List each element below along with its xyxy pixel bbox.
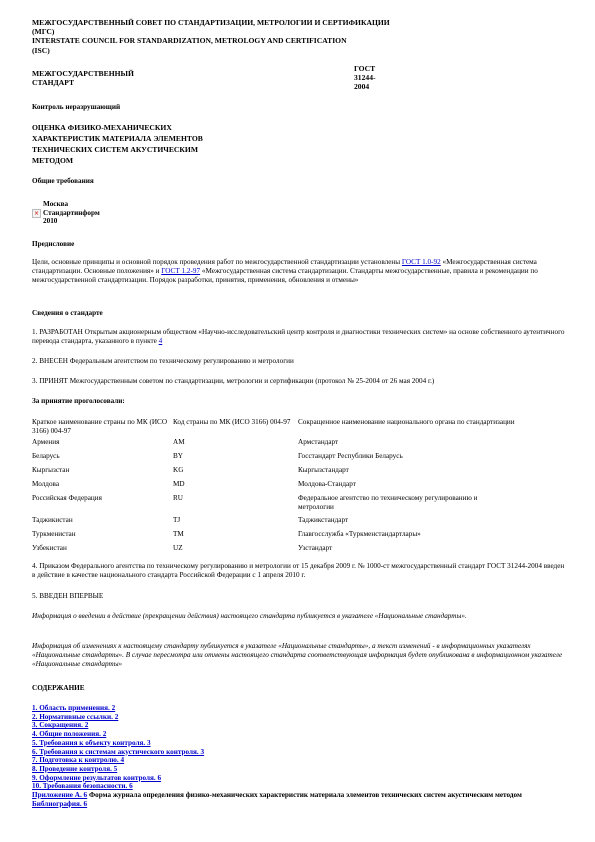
about-item-1-text: 1. РАЗРАБОТАН Открытым акционерным общес… (32, 328, 564, 345)
about-item-3: 3. ПРИНЯТ Межгосударственным советом по … (32, 377, 567, 386)
toc-item-safety[interactable]: 10. Требования безопасности. 6 (32, 782, 572, 791)
code-cell: KG (173, 466, 298, 480)
standard-label-line-1: МЕЖГОСУДАРСТВЕННЫЙ (32, 69, 134, 78)
title-line: МЕТОДОМ (32, 155, 292, 166)
toc-item-general-provisions[interactable]: 4. Общие положения. 2 (32, 730, 572, 739)
gost-label: ГОСТ (354, 64, 376, 73)
standard-label: МЕЖГОСУДАРСТВЕННЫЙ СТАНДАРТ (32, 69, 134, 87)
gost-year: 2004 (354, 82, 376, 91)
body-cell: Главгосслужба «Туркменстандартлары» (298, 530, 532, 544)
code-cell: BY (173, 452, 298, 466)
country-cell: Армения (32, 438, 173, 452)
column-header: Сокращенное наименование национального о… (298, 418, 532, 438)
standard-label-line-2: СТАНДАРТ (32, 78, 134, 87)
table-row: Таджикистан TJ Таджикстандарт (32, 516, 532, 530)
country-cell: Молдова (32, 480, 173, 494)
vote-table: Краткое наименование страны по МК (ИСО 3… (32, 418, 532, 558)
clause-4-link[interactable]: 4 (159, 337, 163, 345)
info-note-1: Информация о введении в действие (прекра… (32, 612, 567, 621)
category-label: Контроль неразрушающий (32, 103, 120, 112)
council-en: INTERSTATE COUNCIL FOR STANDARDIZATION, … (32, 36, 572, 45)
preface-heading: Предисловие (32, 240, 74, 249)
table-row: Кыргызстан KG Кыргызстандарт (32, 466, 532, 480)
title-line: ХАРАКТЕРИСТИК МАТЕРИАЛА ЭЛЕМЕНТОВ (32, 133, 292, 144)
title-line: ТЕХНИЧЕСКИХ СИСТЕМ АКУСТИЧЕСКИМ (32, 144, 292, 155)
gost-number-part: 31244- (354, 73, 376, 82)
council-en-abbr: (ISC) (32, 46, 572, 55)
column-header: Краткое наименование страны по МК (ИСО 3… (32, 418, 173, 438)
country-cell: Туркменистан (32, 530, 173, 544)
toc-item-object-requirements[interactable]: 5. Требования к объекту контроля. 3 (32, 739, 572, 748)
document-title: ОЦЕНКА ФИЗИКО-МЕХАНИЧЕСКИХ ХАРАКТЕРИСТИК… (32, 122, 292, 166)
table-row: Армения AM Армстандарт (32, 438, 532, 452)
table-of-contents: 1. Область применения. 2 2. Нормативные … (32, 704, 572, 808)
toc-item-abbreviations[interactable]: 3. Сокращения. 2 (32, 721, 572, 730)
country-cell: Таджикистан (32, 516, 173, 530)
about-item-4: 4. Приказом Федерального агентства по те… (32, 562, 567, 580)
council-ru: МЕЖГОСУДАРСТВЕННЫЙ СОВЕТ ПО СТАНДАРТИЗАЦ… (32, 18, 572, 27)
body-cell: Кыргызстандарт (298, 466, 532, 480)
column-header: Код страны по МК (ИСО 3166) 004-97 (173, 418, 298, 438)
gost-1-0-92-link[interactable]: ГОСТ 1.0-92 (402, 258, 441, 266)
country-cell: Российская Федерация (32, 494, 173, 516)
toc-item-system-requirements[interactable]: 6. Требования к системам акустического к… (32, 748, 572, 757)
contents-heading: СОДЕРЖАНИЕ (32, 684, 85, 693)
table-row: Беларусь BY Госстандарт Республики Белар… (32, 452, 532, 466)
publisher-city: Москва (43, 200, 100, 209)
code-cell: RU (173, 494, 298, 516)
body-cell: Госстандарт Республики Беларусь (298, 452, 532, 466)
gost-1-2-97-link[interactable]: ГОСТ 1.2-97 (161, 267, 200, 275)
country-cell: Узбекистан (32, 544, 173, 558)
table-row: Узбекистан UZ Узстандарт (32, 544, 532, 558)
code-cell: AM (173, 438, 298, 452)
voted-heading: За принятие проголосовали: (32, 397, 125, 406)
toc-item-appendix-a[interactable]: Приложение А. 6 (32, 791, 87, 799)
code-cell: MD (173, 480, 298, 494)
council-ru-abbr: (МГС) (32, 27, 572, 36)
code-cell: UZ (173, 544, 298, 558)
code-cell: TJ (173, 516, 298, 530)
preface-text: Цели, основные принципы и основной поряд… (32, 258, 567, 285)
council-header: МЕЖГОСУДАРСТВЕННЫЙ СОВЕТ ПО СТАНДАРТИЗАЦ… (32, 18, 572, 55)
info-note-2: Информация об изменениях к настоящему ст… (32, 642, 567, 669)
toc-item-normative-references[interactable]: 2. Нормативные ссылки. 2 (32, 713, 572, 722)
preface-text-part: Цели, основные принципы и основной поряд… (32, 258, 402, 266)
country-cell: Кыргызстан (32, 466, 173, 480)
body-cell: Таджикстандарт (298, 516, 532, 530)
toc-item-results[interactable]: 9. Оформление результатов контроля. 6 (32, 774, 572, 783)
broken-image-icon: × (32, 209, 41, 218)
toc-item-preparation[interactable]: 7. Подготовка к контролю. 4 (32, 756, 572, 765)
about-item-2: 2. ВНЕСЕН Федеральным агентством по техн… (32, 357, 567, 366)
code-cell: TM (173, 530, 298, 544)
table-row: Молдова MD Молдова-Стандарт (32, 480, 532, 494)
about-item-1: 1. РАЗРАБОТАН Открытым акционерным общес… (32, 328, 567, 346)
body-cell: Армстандарт (298, 438, 532, 452)
publisher-name: Стандартинформ (43, 209, 100, 218)
toc-item-scope[interactable]: 1. Область применения. 2 (32, 704, 572, 713)
publication-year: 2010 (43, 217, 100, 226)
toc-item-conducting[interactable]: 8. Проведение контроля. 5 (32, 765, 572, 774)
document-subtitle: Общие требования (32, 177, 94, 186)
table-header-row: Краткое наименование страны по МК (ИСО 3… (32, 418, 532, 438)
table-row: Российская Федерация RU Федеральное аген… (32, 494, 532, 516)
gost-number: ГОСТ 31244- 2004 (354, 64, 376, 92)
body-cell: Федеральное агентство по техническому ре… (298, 494, 532, 516)
title-line: ОЦЕНКА ФИЗИКО-МЕХАНИЧЕСКИХ (32, 122, 292, 133)
country-cell: Беларусь (32, 452, 173, 466)
toc-item-bibliography[interactable]: Библиография. 6 (32, 800, 572, 809)
about-heading: Сведения о стандарте (32, 309, 103, 318)
table-row: Туркменистан TM Главгосслужба «Туркменст… (32, 530, 532, 544)
about-item-5: 5. ВВЕДЕН ВПЕРВЫЕ (32, 592, 567, 601)
toc-appendix-row: Приложение А. 6 Форма журнала определени… (32, 791, 572, 800)
body-cell: Узстандарт (298, 544, 532, 558)
appendix-description: Форма журнала определения физико-механич… (87, 791, 522, 799)
body-cell: Молдова-Стандарт (298, 480, 532, 494)
